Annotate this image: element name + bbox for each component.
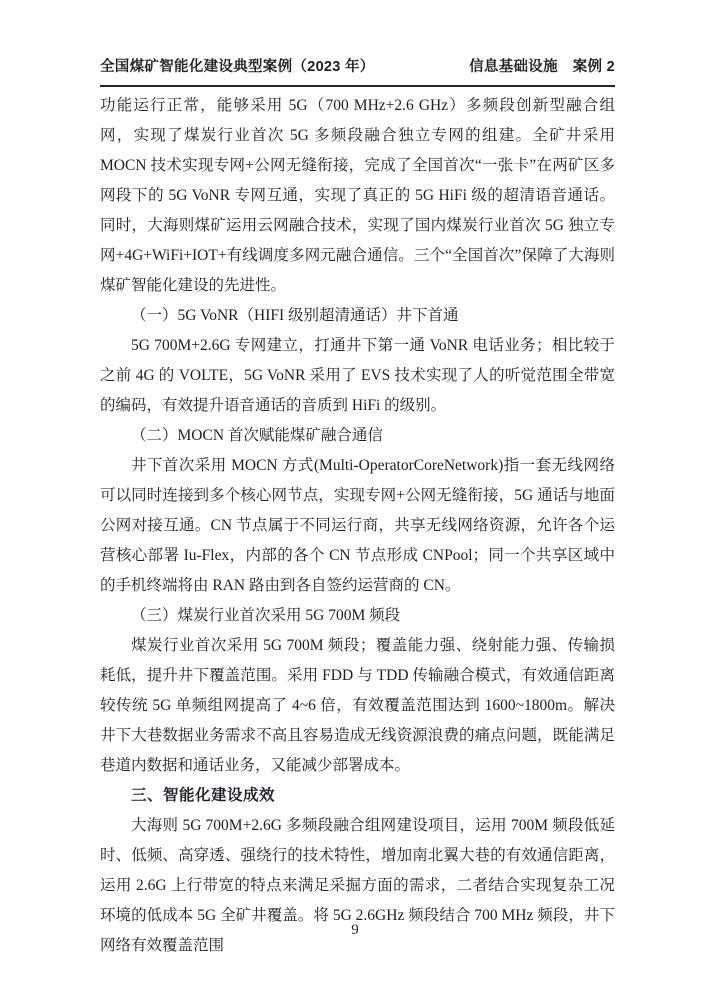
- page-number: 9: [351, 922, 359, 938]
- document-body: 功能运行正常，能够采用 5G（700 MHz+2.6 GHz）多频段创新型融合组…: [100, 91, 615, 961]
- header-right-title: 信息基础设施 案例 2: [469, 55, 615, 76]
- section-heading-3: （三）煤炭行业首次采用 5G 700M 频段: [100, 601, 615, 631]
- chapter-heading: 三、智能化建设成效: [100, 781, 615, 811]
- section-heading-2: （二）MOCN 首次赋能煤矿融合通信: [100, 421, 615, 451]
- page-footer: 9: [0, 920, 710, 940]
- paragraph-continuation: 功能运行正常，能够采用 5G（700 MHz+2.6 GHz）多频段创新型融合组…: [100, 91, 615, 301]
- section-heading-1: （一）5G VoNR（HIFI 级别超清通话）井下首通: [100, 301, 615, 331]
- page-header: 全国煤矿智能化建设典型案例（2023 年） 信息基础设施 案例 2: [100, 55, 615, 76]
- header-rule-divider: [100, 85, 615, 87]
- paragraph: 煤炭行业首次采用 5G 700M 频段；覆盖能力强、绕射能力强、传输损耗低，提升…: [100, 631, 615, 781]
- document-page: 全国煤矿智能化建设典型案例（2023 年） 信息基础设施 案例 2 功能运行正常…: [0, 0, 710, 1004]
- paragraph: 5G 700M+2.6G 专网建立，打通井下第一通 VoNR 电话业务；相比较于…: [100, 331, 615, 421]
- paragraph: 井下首次采用 MOCN 方式(Multi-OperatorCoreNetwork…: [100, 451, 615, 601]
- header-left-title: 全国煤矿智能化建设典型案例（2023 年）: [100, 55, 375, 76]
